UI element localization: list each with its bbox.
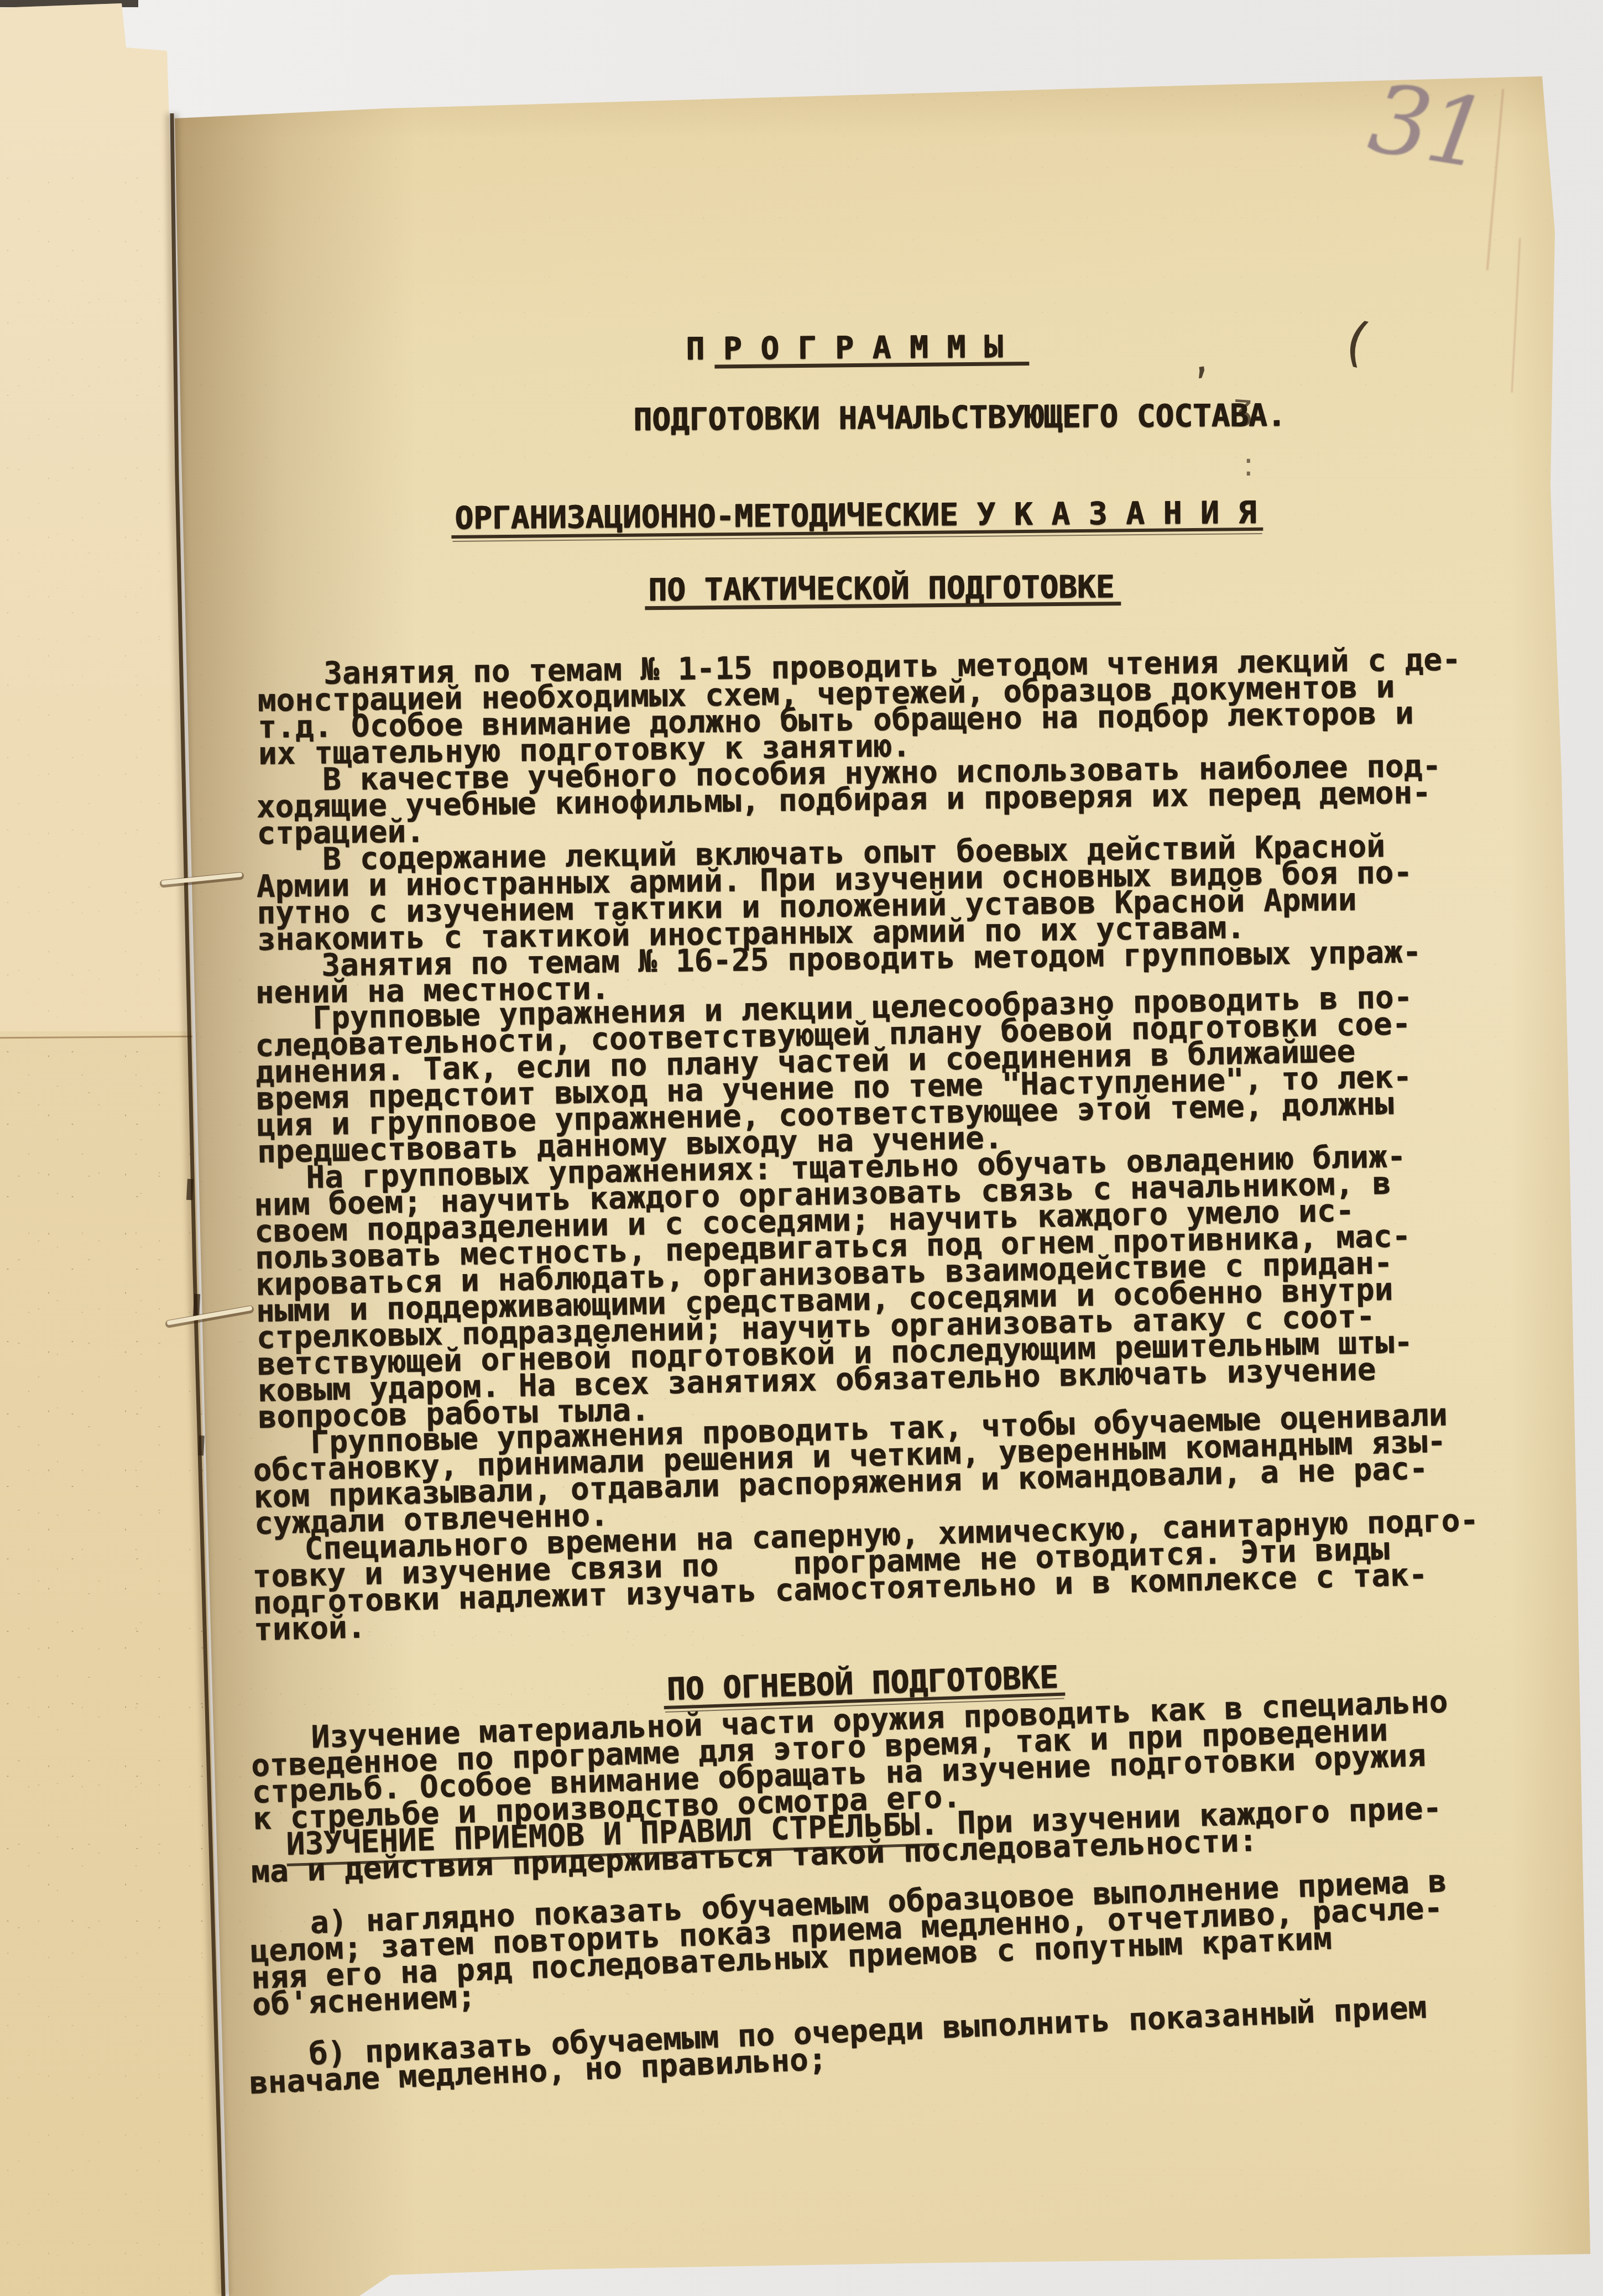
foxing-speckles [0, 1941, 227, 2296]
document-subtitle: ПОДГОТОВКИ НАЧАЛЬСТВУЮЩЕГО СОСТАВА. [633, 403, 1286, 434]
scanned-document: 31 , ( ʒ : П Р О Г Р А М М Ы ПОДГОТОВКИ … [0, 0, 1603, 2296]
typewritten-content: П Р О Г Р А М М Ы ПОДГОТОВКИ НАЧАЛЬСТВУЮ… [0, 0, 1603, 2296]
paragraph: Занятия по темам № 1-15 проводить методо… [257, 646, 1462, 768]
paragraph: На групповых упражнениях: тщательно обуч… [253, 1144, 1414, 1431]
document-title: П Р О Г Р А М М Ы [686, 334, 1002, 363]
document-page: 31 , ( ʒ : П Р О Г Р А М М Ы ПОДГОТОВКИ … [0, 0, 1603, 2296]
paragraph: Групповые упражнения и лекции целесообра… [254, 984, 1415, 1166]
paragraph: Специального времени на саперную, химиче… [252, 1507, 1481, 1643]
paragraph: В содержание лекций включать опыт боевых… [256, 833, 1413, 953]
foxing-speckles [0, 1040, 227, 1941]
section-heading-methodical: ОРГАНИЗАЦИОННО-МЕТОДИЧЕСКИЕ У К А З А Н … [455, 500, 1256, 532]
section-heading-tactical: ПО ТАКТИЧЕСКОЙ ПОДГОТОВКЕ [648, 574, 1114, 604]
